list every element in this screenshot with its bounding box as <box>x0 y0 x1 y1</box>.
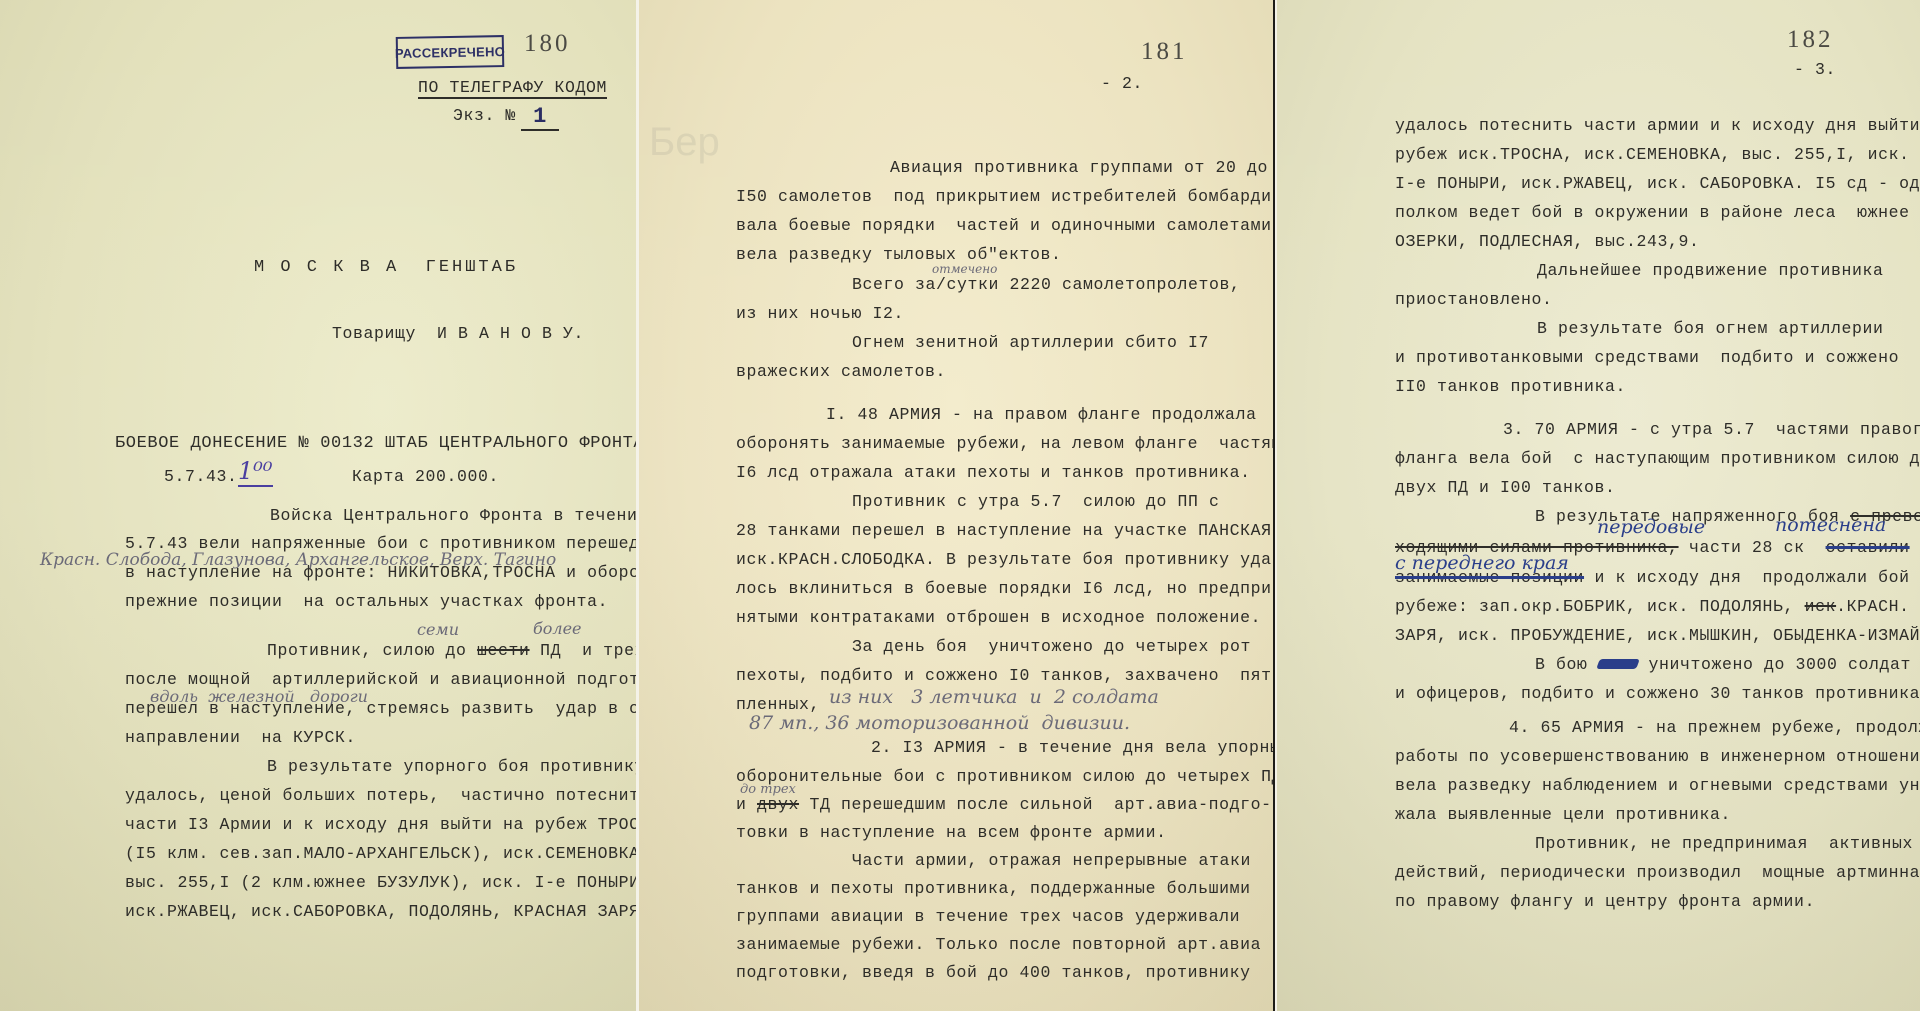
page-marker: - 2. <box>1101 74 1143 93</box>
handwritten-otmecheno: отмечено <box>932 262 997 276</box>
document-page-181: Бер 181 - 2. Авиация противника группами… <box>639 0 1275 1011</box>
body-line: двух ПД и I00 танков. <box>1395 478 1616 497</box>
body-line: выс. 255,I (2 клм.южнее БУЗУЛУК), иск. I… <box>125 873 636 892</box>
handwritten-bolee: более <box>533 619 582 638</box>
body-line: вела разведку наблюдением и огневыми сре… <box>1395 776 1920 795</box>
folio-number: 181 <box>1141 38 1188 66</box>
body-line: в наступление на фронте: НИКИТОВКА,ТРОСН… <box>125 563 636 582</box>
struck-text: оставили <box>1826 538 1910 557</box>
body-line: рубеж иск.ТРОСНА, иск.СЕМЕНОВКА, выс. 25… <box>1395 145 1910 164</box>
body-line: оборонительные бои с противником силою д… <box>736 767 1275 786</box>
body-line: части I3 Армии и к исходу дня выйти на р… <box>125 815 636 834</box>
body-line: фланга вела бой с наступающим противнико… <box>1395 449 1920 468</box>
body-line: перешел в наступление, стремясь развить … <box>125 699 636 718</box>
body-line: группами авиации в течение трех часов уд… <box>736 907 1240 926</box>
handwritten-time: 1⁰⁰ <box>238 457 273 487</box>
copy-number: 1 <box>521 104 559 131</box>
body-line: II0 танков противника. <box>1395 377 1626 396</box>
handwritten-peredovye: передовые <box>1597 516 1705 538</box>
document-page-182: 182 - 3. удалось потеснить части армии и… <box>1277 0 1920 1011</box>
struck-text: шести <box>477 641 530 660</box>
handwritten-semi: семи <box>417 620 459 639</box>
handwritten-potesnena: потеснена <box>1775 514 1886 536</box>
report-date: 5.7.43. <box>164 467 238 486</box>
body-line: вражеских самолетов. <box>736 362 946 381</box>
body-line: Авиация противника группами от 20 до <box>890 158 1268 177</box>
body-line: В результате боя огнем артиллерии <box>1537 319 1884 338</box>
body-line: I50 самолетов под прикрытием истребителе… <box>736 187 1275 206</box>
body-line: нятыми контратаками отброшен в исходное … <box>736 608 1261 627</box>
section-heading-13-army: 2. I3 АРМИЯ - в течение дня вела упорные <box>871 738 1275 757</box>
struck-text: двух <box>757 795 799 814</box>
copy-label: Экз. № <box>453 106 516 125</box>
body-line: (I5 клм. сев.зап.МАЛО-АРХАНГЕЛЬСК), иск.… <box>125 844 636 863</box>
section-heading-65-army: 4. 65 АРМИЯ - на прежнем рубеже, продолж… <box>1509 718 1920 737</box>
body-line: направлении на КУРСК. <box>125 728 356 747</box>
folio-number: 182 <box>1787 26 1834 54</box>
addressee-city: М О С К В А ГЕНШТАБ <box>254 258 518 277</box>
document-page-180: РАССЕКРЕЧЕНО 180 ПО ТЕЛЕГРАФУ КОДОМ Экз.… <box>0 0 636 1011</box>
body-line: и противотанковыми средствами подбито и … <box>1395 348 1899 367</box>
body-line: удалось потеснить части армии и к исходу… <box>1395 116 1920 135</box>
body-line: Всего за/сутки 2220 самолетопролетов, <box>852 275 1241 294</box>
body-line: и двух ТД перешедшим после сильной арт.а… <box>736 795 1272 814</box>
folio-number: 180 <box>524 30 571 58</box>
body-line: занимаемые рубежи. Только после повторно… <box>736 935 1261 954</box>
body-line: удалось, ценой больших потерь, частично … <box>125 786 636 805</box>
body-line: полком ведет бой в окружении в районе ле… <box>1395 203 1910 222</box>
body-line: Войска Центрального Фронта в течение <box>270 506 636 525</box>
body-line: Дальнейшее продвижение противника <box>1537 261 1884 280</box>
body-line: пехоты, подбито и сожжено I0 танков, зах… <box>736 666 1275 685</box>
body-line: танков и пехоты противника, поддержанные… <box>736 879 1251 898</box>
body-line: из них ночью I2. <box>736 304 904 323</box>
body-line: лось вклиниться в боевые порядки I6 лсд,… <box>736 579 1275 598</box>
body-line: Противник с утра 5.7 силою до ПП с <box>852 492 1220 511</box>
body-line: ОЗЕРКИ, ПОДЛЕСНАЯ, выс.243,9. <box>1395 232 1700 251</box>
handwritten-prisoners-2: 87 мп., 36 моторизованной дивизии. <box>749 712 1130 734</box>
body-line: иск.КРАСН.СЛОБОДКА. В результате боя про… <box>736 550 1275 569</box>
body-line: приостановлено. <box>1395 290 1553 309</box>
map-scale: Карта 200.000. <box>352 467 499 486</box>
handwritten-prisoners-1: из них 3 летчика и 2 солдата <box>829 686 1159 708</box>
body-line: иск.РЖАВЕЦ, иск.САБОРОВКА, ПОДОЛЯНЬ, КРА… <box>125 902 636 921</box>
body-line: рубеже: зап.окр.БОБРИК, иск. ПОДОЛЯНЬ, и… <box>1395 597 1910 616</box>
body-line: вала боевые порядки частей и одиночными … <box>736 216 1272 235</box>
body-line: занимаемые позиции и к исходу дня продол… <box>1395 568 1920 587</box>
show-through-text: Бер <box>649 120 720 165</box>
struck-text: иск <box>1805 597 1837 616</box>
body-line: Противник, силою до шести ПД и трех ТД, <box>267 641 636 660</box>
struck-text: занимаемые позиции <box>1395 568 1584 587</box>
body-line: В бою уничтожено до 3000 солдат <box>1535 655 1911 674</box>
addressee-comrade: Товарищу И В А Н О В У. <box>332 324 584 343</box>
body-line: I6 лсд отражала атаки пехоты и танков пр… <box>736 463 1251 482</box>
declassified-stamp: РАССЕКРЕЧЕНО <box>396 35 505 69</box>
section-heading-70-army: 3. 70 АРМИЯ - с утра 5.7 частями правого <box>1503 420 1920 439</box>
body-line: по правому флангу и центру фронта армии. <box>1395 892 1815 911</box>
section-heading-48-army: I. 48 АРМИЯ - на правом фланге продолжал… <box>826 405 1257 424</box>
page-marker: - 3. <box>1794 60 1836 79</box>
body-line: I-е ПОНЫРИ, иск.РЖАВЕЦ, иск. САБОРОВКА. … <box>1395 174 1920 193</box>
body-line: Части армии, отражая непрерывные атаки <box>852 851 1251 870</box>
report-title: БОЕВОЕ ДОНЕСЕНИЕ № 00132 ШТАБ ЦЕНТРАЛЬНО… <box>115 434 636 453</box>
body-line: и офицеров, подбито и сожжено 30 танков … <box>1395 684 1920 703</box>
body-line: оборонять занимаемые рубежи, на левом фл… <box>736 434 1275 453</box>
body-line: Противник, не предпринимая активных <box>1535 834 1913 853</box>
ink-blot-icon <box>1596 659 1640 669</box>
transmission-note: ПО ТЕЛЕГРАФУ КОДОМ <box>418 78 607 99</box>
body-line: жала выявленные цели противника. <box>1395 805 1731 824</box>
body-line: ЗАРЯ, иск. ПРОБУЖДЕНИЕ, иск.МЫШКИН, ОБЫД… <box>1395 626 1920 645</box>
body-line: подготовки, введя в бой до 400 танков, п… <box>736 963 1251 982</box>
body-line: В результате упорного боя противнику <box>267 757 636 776</box>
body-line: За день боя уничтожено до четырех рот <box>852 637 1251 656</box>
body-line: работы по усовершенствованию в инженерно… <box>1395 747 1920 766</box>
body-line: прежние позиции на остальных участках фр… <box>125 592 608 611</box>
body-line: действий, периодически производил мощные… <box>1395 863 1920 882</box>
body-line: товки в наступление на всем фронте армии… <box>736 823 1167 842</box>
body-line: Огнем зенитной артиллерии сбито I7 <box>852 333 1209 352</box>
body-line: вела разведку тыловых об"ектов. <box>736 245 1062 264</box>
body-line: 28 танками перешел в наступление на учас… <box>736 521 1275 540</box>
